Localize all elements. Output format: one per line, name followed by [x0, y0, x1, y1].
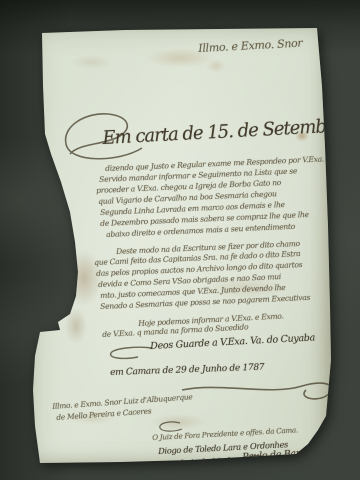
manuscript-photo: Illmo. e Exmo. Snor Em carta de 15. de S… [0, 0, 360, 480]
signature-left: Caetano Luis de Medros. [144, 456, 245, 471]
closing-line-1: Deos Guarde a V.Exa. Va. do Cuyaba [150, 332, 315, 352]
salutation-line: Illmo. e Exmo. Snor [198, 37, 303, 55]
date-flourish [180, 372, 340, 410]
paper-curl-edge [279, 425, 341, 463]
signature-left-subscript: Juiz mais velho [162, 472, 207, 480]
paper-surface: Illmo. e Exmo. Snor Em carta de 15. de S… [30, 26, 332, 468]
closing-swash-flourish [108, 344, 154, 362]
paper-sheet: Illmo. e Exmo. Snor Em carta de 15. de S… [30, 26, 332, 468]
